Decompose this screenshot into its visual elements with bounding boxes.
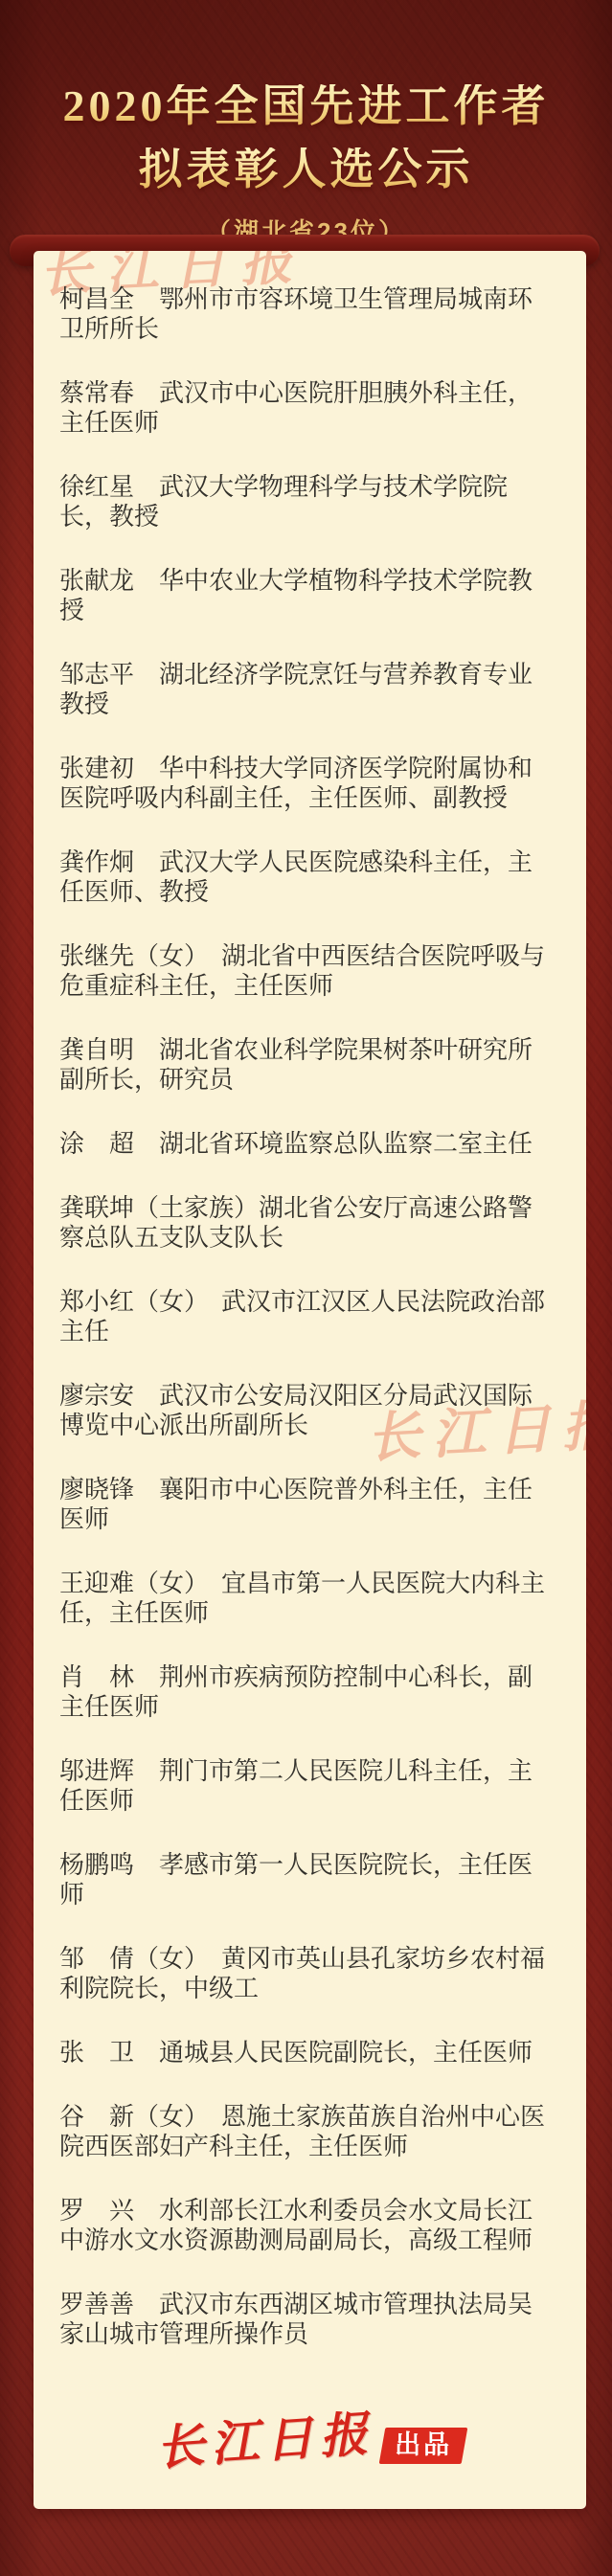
list-item: 张献龙 华中农业大学植物科学技术学院教授 — [59, 566, 552, 625]
list-item: 廖晓锋 襄阳市中心医院普外科主任，主任医师 — [59, 1475, 552, 1534]
poster-page: 2020年全国先进工作者 拟表彰人选公示 （湖北省23位） 长江日报 长江日报 … — [0, 0, 612, 2576]
list-item: 邹志平 湖北经济学院烹饪与营养教育专业教授 — [59, 660, 552, 719]
list-item: 龚联坤（土家族）湖北省公安厅高速公路警察总队五支队支队长 — [59, 1193, 552, 1253]
list-item: 涂 超 湖北省环境监察总队监察二室主任 — [59, 1129, 552, 1159]
announcement-card: 长江日报 长江日报 柯昌全 鄂州市市容环境卫生管理局城南环卫所所长蔡常春 武汉市… — [34, 251, 586, 2509]
list-item: 谷 新（女） 恩施土家族苗族自治州中心医院西医部妇产科主任，主任医师 — [59, 2102, 552, 2161]
header: 2020年全国先进工作者 拟表彰人选公示 （湖北省23位） — [0, 84, 612, 248]
list-item: 郑小红（女） 武汉市江汉区人民法院政治部主任 — [59, 1287, 552, 1346]
list-item: 杨鹏鸣 孝感市第一人民医院院长，主任医师 — [59, 1850, 552, 1909]
page-title-line-1: 2020年全国先进工作者 — [0, 84, 612, 128]
brand-badge: 出品 — [378, 2428, 467, 2464]
list-item: 罗 兴 水利部长江水利委员会水文局长江中游水文水资源勘测局副局长，高级工程师 — [59, 2196, 552, 2255]
list-item: 邬进辉 荆门市第二人民医院儿科主任，主任医师 — [59, 1756, 552, 1816]
list-item: 罗善善 武汉市东西湖区城市管理执法局吴家山城市管理所操作员 — [59, 2290, 552, 2349]
list-item: 王迎难（女） 宜昌市第一人民医院大内科主任，主任医师 — [59, 1569, 552, 1628]
list-item: 邹 倩（女） 黄冈市英山县孔家坊乡农村福利院院长，中级工 — [59, 1944, 552, 2003]
entries-list: 柯昌全 鄂州市市容环境卫生管理局城南环卫所所长蔡常春 武汉市中心医院肝胆胰外科主… — [34, 251, 586, 2349]
list-item: 肖 林 荆州市疾病预防控制中心科长，副主任医师 — [59, 1662, 552, 1722]
list-item: 张 卫 通城县人民医院副院长，主任医师 — [59, 2038, 552, 2068]
list-item: 龚自明 湖北省农业科学院果树茶叶研究所副所长，研究员 — [59, 1035, 552, 1095]
brand-badge-label: 出品 — [395, 2432, 452, 2458]
page-title-line-2: 拟表彰人选公示 — [0, 147, 612, 192]
list-item: 蔡常春 武汉市中心医院肝胆胰外科主任，主任医师 — [59, 378, 552, 438]
brand-logo-calligraphy: 长江日报 — [154, 2409, 375, 2473]
list-item: 龚作炯 武汉大学人民医院感染科主任，主任医师、教授 — [59, 847, 552, 907]
list-item: 张继先（女） 湖北省中西医结合医院呼吸与危重症科主任，主任医师 — [59, 941, 552, 1001]
list-item: 张建初 华中科技大学同济医学院附属协和医院呼吸内科副主任，主任医师、副教授 — [59, 754, 552, 813]
list-item: 徐红星 武汉大学物理科学与技术学院院长，教授 — [59, 472, 552, 531]
brand-footer: 长江日报 出品 — [34, 2417, 586, 2465]
list-item: 廖宗安 武汉市公安局汉阳区分局武汉国际博览中心派出所副所长 — [59, 1381, 552, 1440]
list-item: 柯昌全 鄂州市市容环境卫生管理局城南环卫所所长 — [59, 284, 552, 344]
